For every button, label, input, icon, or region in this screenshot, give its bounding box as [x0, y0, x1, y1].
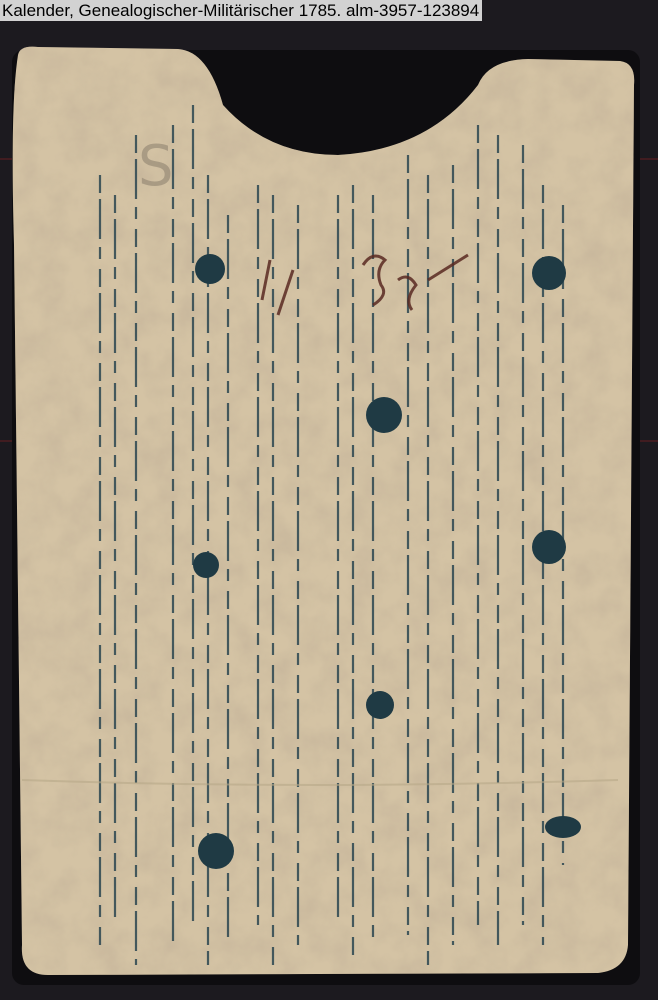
book-cover: S [8, 45, 636, 980]
image-title: Kalender, Genealogischer-Militärischer 1… [0, 0, 482, 21]
stamp-letter: S [138, 134, 174, 199]
